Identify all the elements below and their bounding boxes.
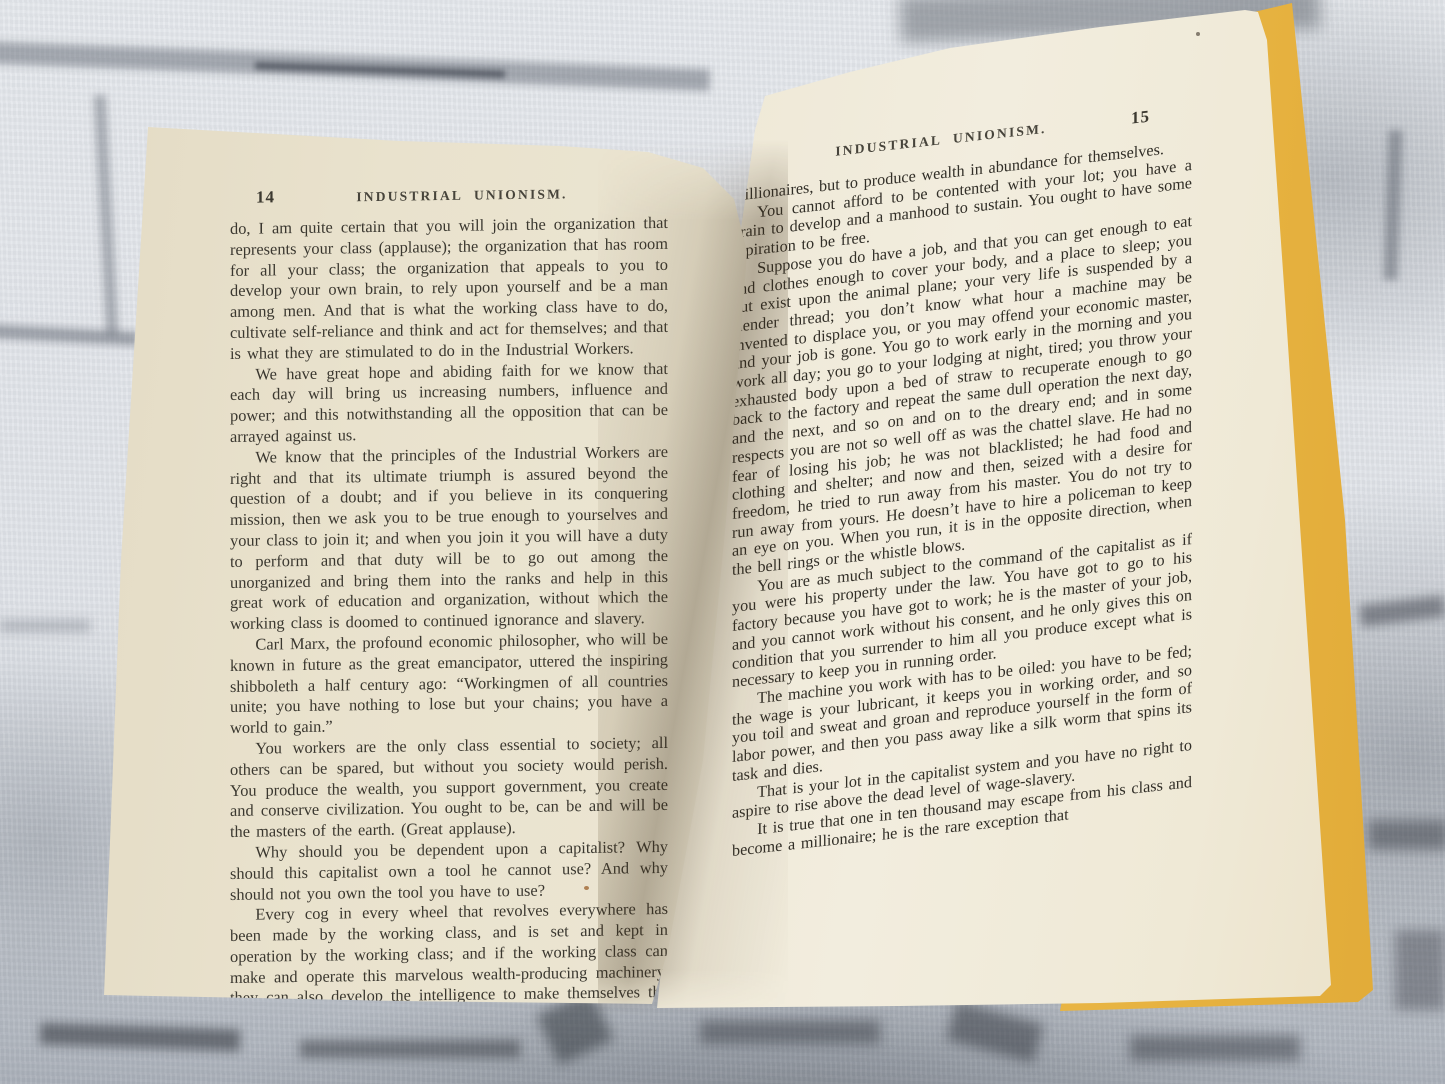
- paragraph: Suppose you do have a job, and that you …: [732, 212, 1192, 580]
- paragraph: We have great hope and abiding faith for…: [230, 358, 668, 447]
- page-number-left: 14: [230, 187, 320, 208]
- left-page-text: 14 INDUSTRIAL UNIONISM. do, I am quite c…: [230, 182, 668, 1051]
- running-header-left: INDUSTRIAL UNIONISM.: [320, 186, 604, 206]
- paragraph: do, I am quite certain that you will joi…: [230, 213, 668, 365]
- paragraph: You workers are the only class essential…: [230, 733, 668, 843]
- paragraph: Why should you be dependent upon a capit…: [230, 837, 668, 906]
- left-page-head-row: 14 INDUSTRIAL UNIONISM.: [230, 182, 668, 208]
- left-page-body: do, I am quite certain that you will joi…: [230, 213, 668, 1051]
- photo-scene: INDUSTRIAL UNIONISM. 15 millionaires, bu…: [0, 0, 1445, 1084]
- head-row-spacer: [604, 197, 668, 198]
- paragraph: Carl Marx, the profound economic philoso…: [230, 629, 668, 739]
- right-page-body: millionaires, but to produce wealth in a…: [732, 137, 1192, 860]
- right-page-text: INDUSTRIAL UNIONISM. 15 millionaires, bu…: [732, 102, 1192, 860]
- paragraph: We know that the principles of the Indus…: [230, 442, 668, 635]
- page-number-right: 15: [1086, 102, 1192, 134]
